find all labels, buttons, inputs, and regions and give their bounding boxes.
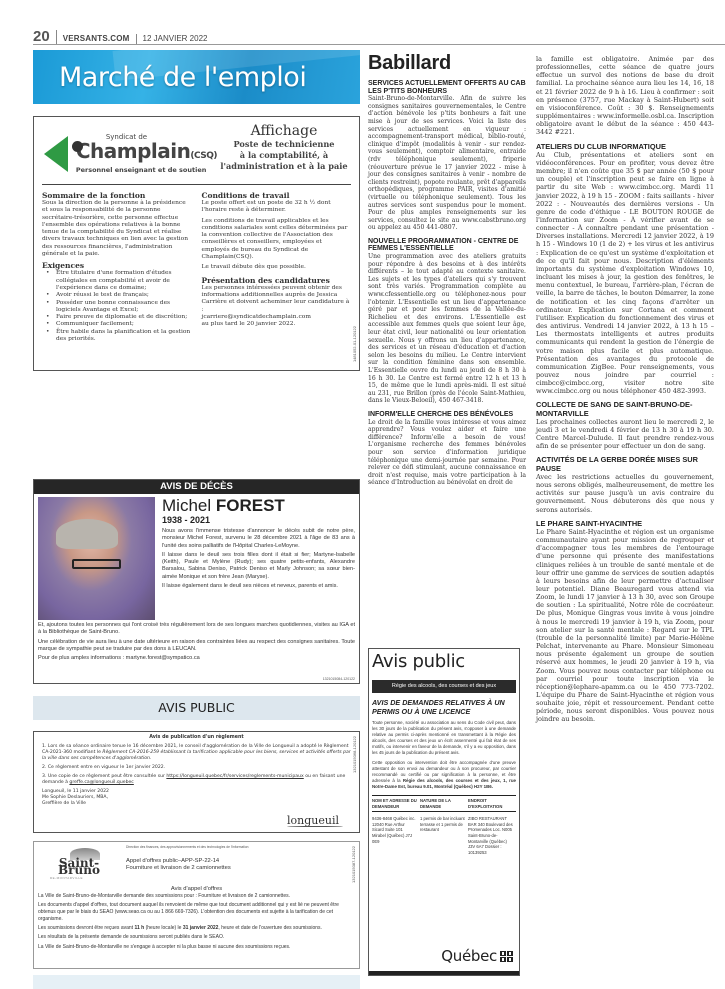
- table-row: 9436-8468 Québec inc. 12040 Rue Arthur S…: [372, 812, 516, 855]
- article-body: Une programmation avec des ateliers grat…: [368, 253, 526, 405]
- affichage-title: Affichage: [217, 123, 351, 139]
- reglement-item-1: 1. Lors de sa séance ordinaire tenue le …: [42, 744, 351, 762]
- article-body: Le Phare Saint-Hyacinthe et région est u…: [536, 528, 714, 724]
- exigence-item: Être titulaire d'une formation d'études …: [46, 270, 192, 292]
- reglements-link[interactable]: https://longueuil.quebec/fr/services/reg…: [166, 774, 303, 779]
- article-heading: INFORM'ELLE CHERCHE DES BÉNÉVOLES: [368, 411, 526, 419]
- job-col-left: Sommaire de la fonction Sous la directio…: [42, 191, 192, 343]
- poste-line-3: l'administration et à la paie: [217, 161, 351, 172]
- chevron-logo-icon: [42, 134, 64, 174]
- contact-email: Pour de plus amples informations : marty…: [38, 655, 355, 662]
- article-body: Au Club, présentations et ateliers sont …: [536, 151, 714, 396]
- article-body: Saint-Bruno-de-Montarville. Afin de suiv…: [368, 95, 526, 232]
- table-cell: 1 permis de bar incluant terrasse et 1 p…: [420, 816, 468, 855]
- job-ad-body: Sommaire de la fonction Sous la directio…: [42, 185, 351, 343]
- permit-table: NOM ET ADRESSE DU DEMANDEUR NATURE DE LA…: [372, 795, 516, 855]
- page-number: 20: [33, 30, 57, 44]
- notice-paragraph: Et, ajoutons toutes les personnes qui l'…: [38, 622, 355, 637]
- job-col-right: Conditions de travail Le poste offert es…: [202, 191, 352, 343]
- conditions-heading: Conditions de travail: [202, 191, 352, 200]
- bottom-bar: [369, 971, 519, 975]
- exigences-list: Être titulaire d'une formation d'études …: [42, 270, 192, 343]
- article-heading: SERVICES ACTUELLEMENT OFFERTS AU CAB LES…: [368, 80, 526, 95]
- notice-paragraph: Il laisse également dans le deuil ses ni…: [162, 583, 355, 590]
- presentation-heading: Présentation des candidatures: [202, 276, 352, 285]
- column-header: ENDROIT D'EXPLOITATION: [468, 798, 516, 809]
- appel-paragraph: Les documents d'appel d'offres, tout doc…: [38, 902, 355, 922]
- appel-paragraph: La Ville de Saint-Bruno-de-Montarville n…: [38, 944, 355, 951]
- section-title: Marché de l'emploi: [59, 62, 306, 93]
- job-ad: Syndicat de Champlain(CSQ) Personnel ens…: [33, 116, 360, 371]
- avis-paragraph: Cette opposition ou intervention doit êt…: [372, 760, 516, 790]
- appel-subtitle: Fourniture et livraison de 2 camionnette…: [126, 865, 355, 872]
- article-heading: ACTIVITÉS DE LA GERBE DORÉE MISES SUR PA…: [536, 456, 714, 472]
- ad-code: 1481052-01-120122: [352, 326, 357, 362]
- quebec-logo: Québec: [441, 947, 513, 965]
- longueuil-logo: longueuil: [287, 818, 339, 824]
- signature-line: Greffière de la Ville: [42, 801, 351, 807]
- avis-public-title: Avis public: [372, 652, 516, 672]
- exigence-item: Avoir réussi le test de français;: [46, 292, 192, 299]
- notice-code: 1321015084-120122: [323, 677, 355, 681]
- babillard-column: Babillard SERVICES ACTUELLEMENT OFFERTS …: [368, 52, 526, 487]
- sommaire-text: Sous la direction de la personne à la pr…: [42, 200, 192, 258]
- table-cell: ZIBO RESTAURANT BAR 340 Boulevard des Pr…: [468, 816, 516, 855]
- reglement-code: 1321015068-120122: [352, 736, 358, 773]
- deadline-text: au plus tard le 20 janvier 2022.: [202, 321, 352, 328]
- article-body: Avec les restrictions actuelles du gouve…: [536, 473, 714, 514]
- avis-paragraph: Toute personne, société ou association a…: [372, 720, 516, 756]
- issue-date: 12 JANVIER 2022: [137, 34, 208, 44]
- deceased-name: Michel FOREST: [162, 497, 355, 515]
- site-name[interactable]: VERSANTS.COM: [57, 34, 137, 44]
- poste-line-2: à la comptabilité, à: [217, 150, 351, 161]
- syndicat-logo: Syndicat de Champlain(CSQ) Personnel ens…: [42, 123, 217, 184]
- affichage-block: Affichage Poste de technicienne à la com…: [217, 123, 351, 184]
- conditions-text: Le travail débute dès que possible.: [202, 264, 352, 271]
- direction-text: Direction des finances, des approvisionn…: [126, 844, 355, 851]
- sommaire-heading: Sommaire de la fonction: [42, 191, 192, 200]
- avis-appel-title: Avis d'appel d'offres: [38, 886, 355, 893]
- table-header: NOM ET ADRESSE DU DEMANDEUR NATURE DE LA…: [372, 796, 516, 812]
- appel-paragraph: Les résultats de la présente demande de …: [38, 934, 355, 941]
- bottom-band: [33, 975, 360, 989]
- article-heading: NOUVELLE PROGRAMMATION - CENTRE DE FEMME…: [368, 238, 526, 253]
- reglement-item-3: 3. Une copie de ce règlement peut être c…: [42, 774, 351, 786]
- appel-code: 1321015087-120122: [351, 846, 358, 883]
- exigence-item: Faire preuve de diplomatie et de discrét…: [46, 314, 192, 321]
- column-header: NATURE DE LA DEMANDE: [420, 798, 468, 809]
- notice-paragraph: Une célébration de vie aura lieu à une d…: [38, 639, 355, 654]
- page-header: 20 VERSANTS.COM 12 JANVIER 2022: [33, 30, 725, 45]
- death-notice: AVIS DE DÉCÈS Michel FOREST 1938 - 2021 …: [33, 479, 360, 684]
- table-cell: 9436-8468 Québec inc. 12040 Rue Arthur S…: [372, 816, 420, 855]
- exigence-item: Communiquer facilement;: [46, 321, 192, 328]
- exigence-item: Être habile dans la planification et la …: [46, 329, 192, 344]
- fleurdelise-icon: [500, 951, 513, 962]
- article-heading: COLLECTE DE SANG DE SAINT-BRUNO-DE-MONTA…: [536, 401, 714, 417]
- death-notice-header: AVIS DE DÉCÈS: [34, 480, 359, 494]
- avis-public-heading: AVIS PUBLIC: [33, 696, 360, 720]
- reglement-title: Avis de publication d'un règlement: [42, 735, 351, 741]
- conditions-text: Le poste offert est un poste de 32 h ½ d…: [202, 200, 352, 215]
- appel-offres-notice: Saint-Bruno DE-MONTARVILLE Direction des…: [33, 841, 360, 969]
- job-ad-header: Syndicat de Champlain(CSQ) Personnel ens…: [42, 123, 351, 185]
- right-column: la famille est obligatoire. Animée par d…: [536, 55, 714, 724]
- conditions-text: Les conditions de travail applicables et…: [202, 218, 352, 262]
- reglement-item-2: 2. Ce règlement entre en vigueur le 1er …: [42, 765, 351, 771]
- article-body-continued: la famille est obligatoire. Animée par d…: [536, 55, 714, 137]
- article-heading: ATELIERS DU CLUB INFORMATIQUE: [536, 143, 714, 151]
- greffe-email-link[interactable]: greffe.ca@longueuil.quebec: [69, 780, 133, 785]
- regie-avis-public: Avis public Régie des alcools, des cours…: [368, 648, 520, 976]
- section-banner: Marché de l'emploi: [33, 50, 360, 104]
- notice-paragraph: Il laisse dans le deuil ses trois filles…: [162, 552, 355, 581]
- logo-subtitle: Personnel enseignant et de soutien: [76, 166, 217, 174]
- logo-big-text: Champlain(CSQ): [76, 141, 217, 166]
- candidature-email[interactable]: jcarriere@syndicatdechamplain.com: [202, 314, 352, 321]
- column-header: NOM ET ADRESSE DU DEMANDEUR: [372, 798, 420, 809]
- notice-paragraph: Nous avons l'immense tristesse d'annonce…: [162, 528, 355, 550]
- life-years: 1938 - 2021: [162, 515, 355, 526]
- appel-paragraph: La Ville de Saint-Bruno-de-Montarville d…: [38, 893, 355, 900]
- portrait-photo: [38, 497, 155, 620]
- article-heading: LE PHARE SAINT-HYACINTHE: [536, 520, 714, 528]
- logo-dot-icon: [72, 141, 83, 152]
- exigence-item: Posséder une bonne connaissance des logi…: [46, 300, 192, 315]
- appel-paragraph: Les soumissions devront être reçues avan…: [38, 925, 355, 932]
- poste-line-1: Poste de technicienne: [217, 139, 351, 150]
- appel-title: Appel d'offres public–APP-SP-22-14: [126, 858, 355, 865]
- article-body: Le droit de la famille vous intéresse et…: [368, 419, 526, 487]
- left-column: Marché de l'emploi Syndicat de Champlain…: [33, 50, 360, 989]
- regie-band: Régie des alcools, des courses et des je…: [372, 680, 516, 693]
- saint-bruno-logo: Saint-Bruno DE-MONTARVILLE: [38, 844, 118, 884]
- babillard-title: Babillard: [368, 52, 526, 74]
- article-body: Les prochaines collectes auront lieu le …: [536, 418, 714, 451]
- presentation-text: Les personnes intéressées peuvent obteni…: [202, 285, 352, 314]
- reglement-notice: Avis de publication d'un règlement 1. Lo…: [33, 731, 360, 833]
- avis-heading: AVIS DE DEMANDES RELATIVES À UN PERMIS O…: [372, 698, 516, 716]
